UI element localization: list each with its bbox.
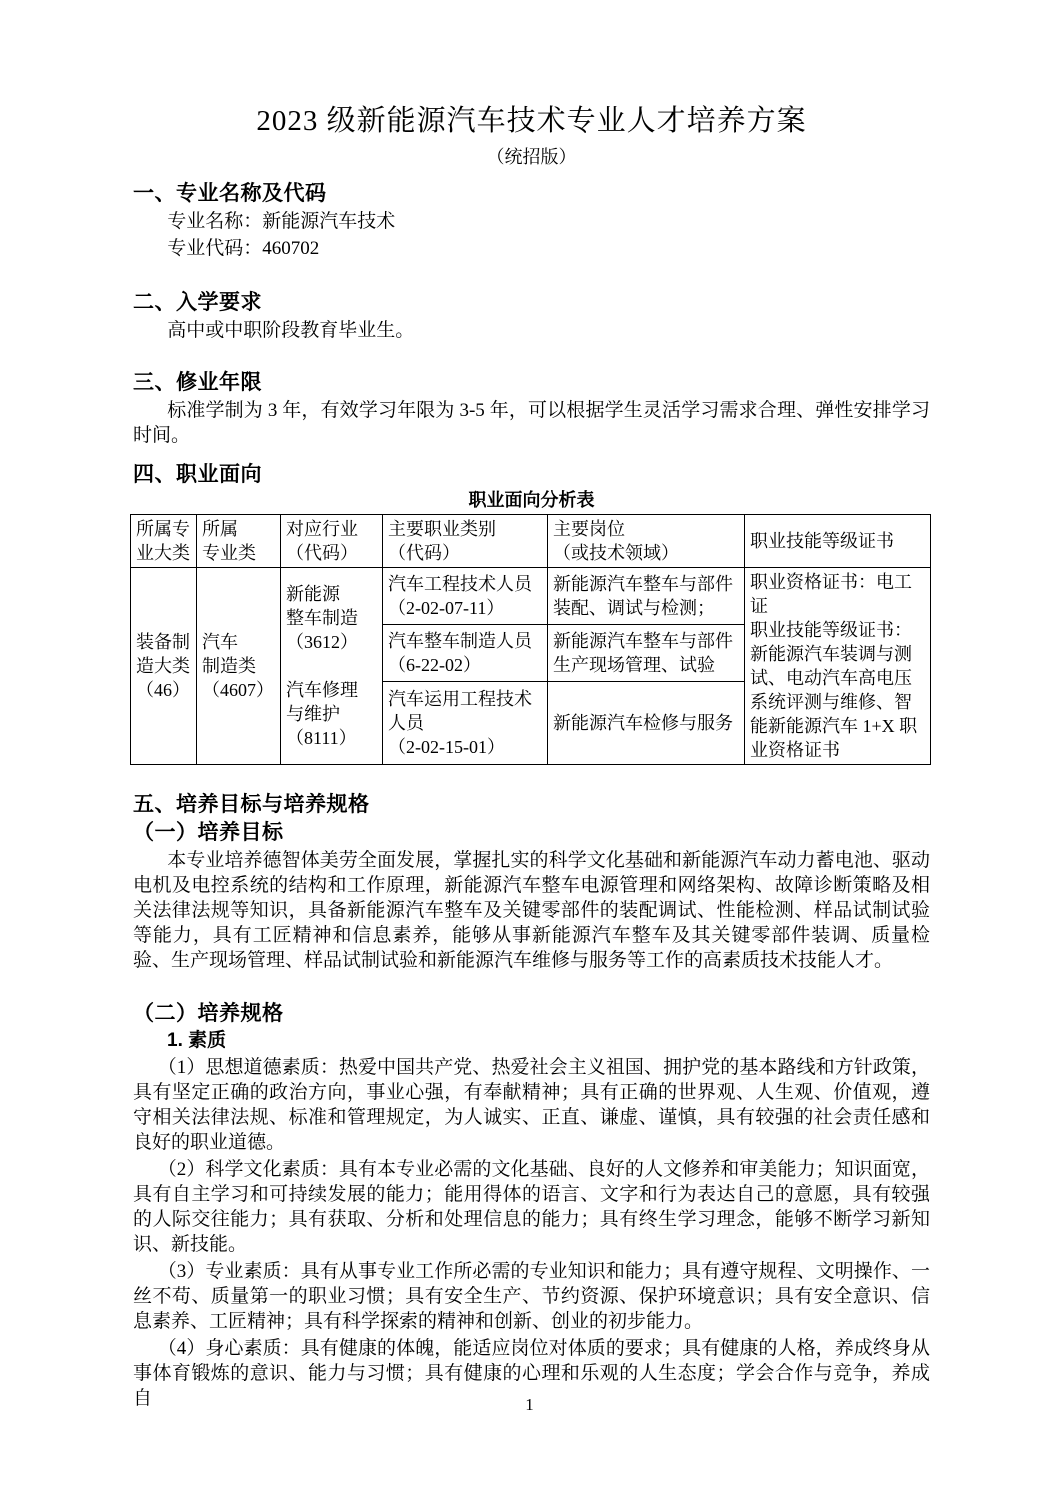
cell-positions-2: 新能源汽车整车与部件生产现场管理、试验 [548,625,745,682]
cell-major-class: 汽车 制造类 （4607） [197,568,281,765]
career-orientation-table: 所属专 业大类 所属 专业类 对应行业 （代码） 主要职业类别 （代码） 主要岗… [130,514,931,765]
section-2-heading: 二、入学要求 [133,290,930,316]
header-cell-certificates: 职业技能等级证书 [745,515,931,568]
header-cell-major-class: 所属 专业类 [197,515,281,568]
header-cell-major-category: 所属专 业大类 [131,515,197,568]
major-name-line: 专业名称：新能源汽车技术 [133,209,930,234]
cell-major-category: 装备制 造大类 （46） [131,568,197,765]
cell-certificates: 职业资格证书：电工证 职业技能等级证书：新能源汽车装调与测试、电动汽车高电压系统… [745,568,931,765]
subsection-2-heading: （二）培养规格 [133,1001,930,1027]
document-content: 2023 级新能源汽车技术专业人才培养方案 （统招版） 一、专业名称及代码 专业… [133,0,930,1411]
section-5-heading: 五、培养目标与培养规格 [133,792,930,818]
document-subtitle: （统招版） [133,145,930,169]
table-header-row: 所属专 业大类 所属 专业类 对应行业 （代码） 主要职业类别 （代码） 主要岗… [131,515,931,568]
career-table-title: 职业面向分析表 [133,488,930,512]
major-code-line: 专业代码：460702 [133,236,930,261]
quality-heading: 1. 素质 [167,1029,930,1053]
quality-item-3: （3）专业素质：具有从事专业工作所必需的专业知识和能力；具有遵守规程、文明操作、… [133,1259,930,1334]
table-row: 装备制 造大类 （46） 汽车 制造类 （4607） 新能源 整车制造 （361… [131,568,931,625]
quality-item-2: （2）科学文化素质：具有本专业必需的文化基础、良好的人文修养和审美能力；知识面宽… [133,1157,930,1257]
section-3-body: 标准学制为 3 年，有效学习年限为 3-5 年，可以根据学生灵活学习需求合理、弹… [133,398,930,448]
training-objective-paragraph: 本专业培养德智体美劳全面发展，掌握扎实的科学文化基础和新能源汽车动力蓄电池、驱动… [133,848,930,973]
header-cell-occupation: 主要职业类别 （代码） [383,515,548,568]
section-3-heading: 三、修业年限 [133,370,930,396]
cell-occupation-1: 汽车工程技术人员 （2-02-07-11） [383,568,548,625]
header-cell-industry: 对应行业 （代码） [281,515,383,568]
section-1-heading: 一、专业名称及代码 [133,181,930,207]
page-number: 1 [0,1394,1059,1416]
cell-industries: 新能源 整车制造 （3612） 汽车修理 与维护 （8111） [281,568,383,765]
header-cell-positions: 主要岗位 （或技术领域） [548,515,745,568]
section-4-heading: 四、职业面向 [133,462,930,488]
quality-item-1: （1）思想道德素质：热爱中国共产党、热爱社会主义祖国、拥护党的基本路线和方针政策… [133,1055,930,1155]
cell-positions-1: 新能源汽车整车与部件装配、调试与检测； [548,568,745,625]
subsection-1-heading: （一）培养目标 [133,820,930,846]
document-page: 2023 级新能源汽车技术专业人才培养方案 （统招版） 一、专业名称及代码 专业… [0,0,1059,1497]
document-title: 2023 级新能源汽车技术专业人才培养方案 [133,102,930,140]
cell-positions-3: 新能源汽车检修与服务 [548,682,745,765]
section-2-body: 高中或中职阶段教育毕业生。 [133,318,930,343]
cell-occupation-3: 汽车运用工程技术 人员 （2-02-15-01） [383,682,548,765]
cell-occupation-2: 汽车整车制造人员 （6-22-02） [383,625,548,682]
